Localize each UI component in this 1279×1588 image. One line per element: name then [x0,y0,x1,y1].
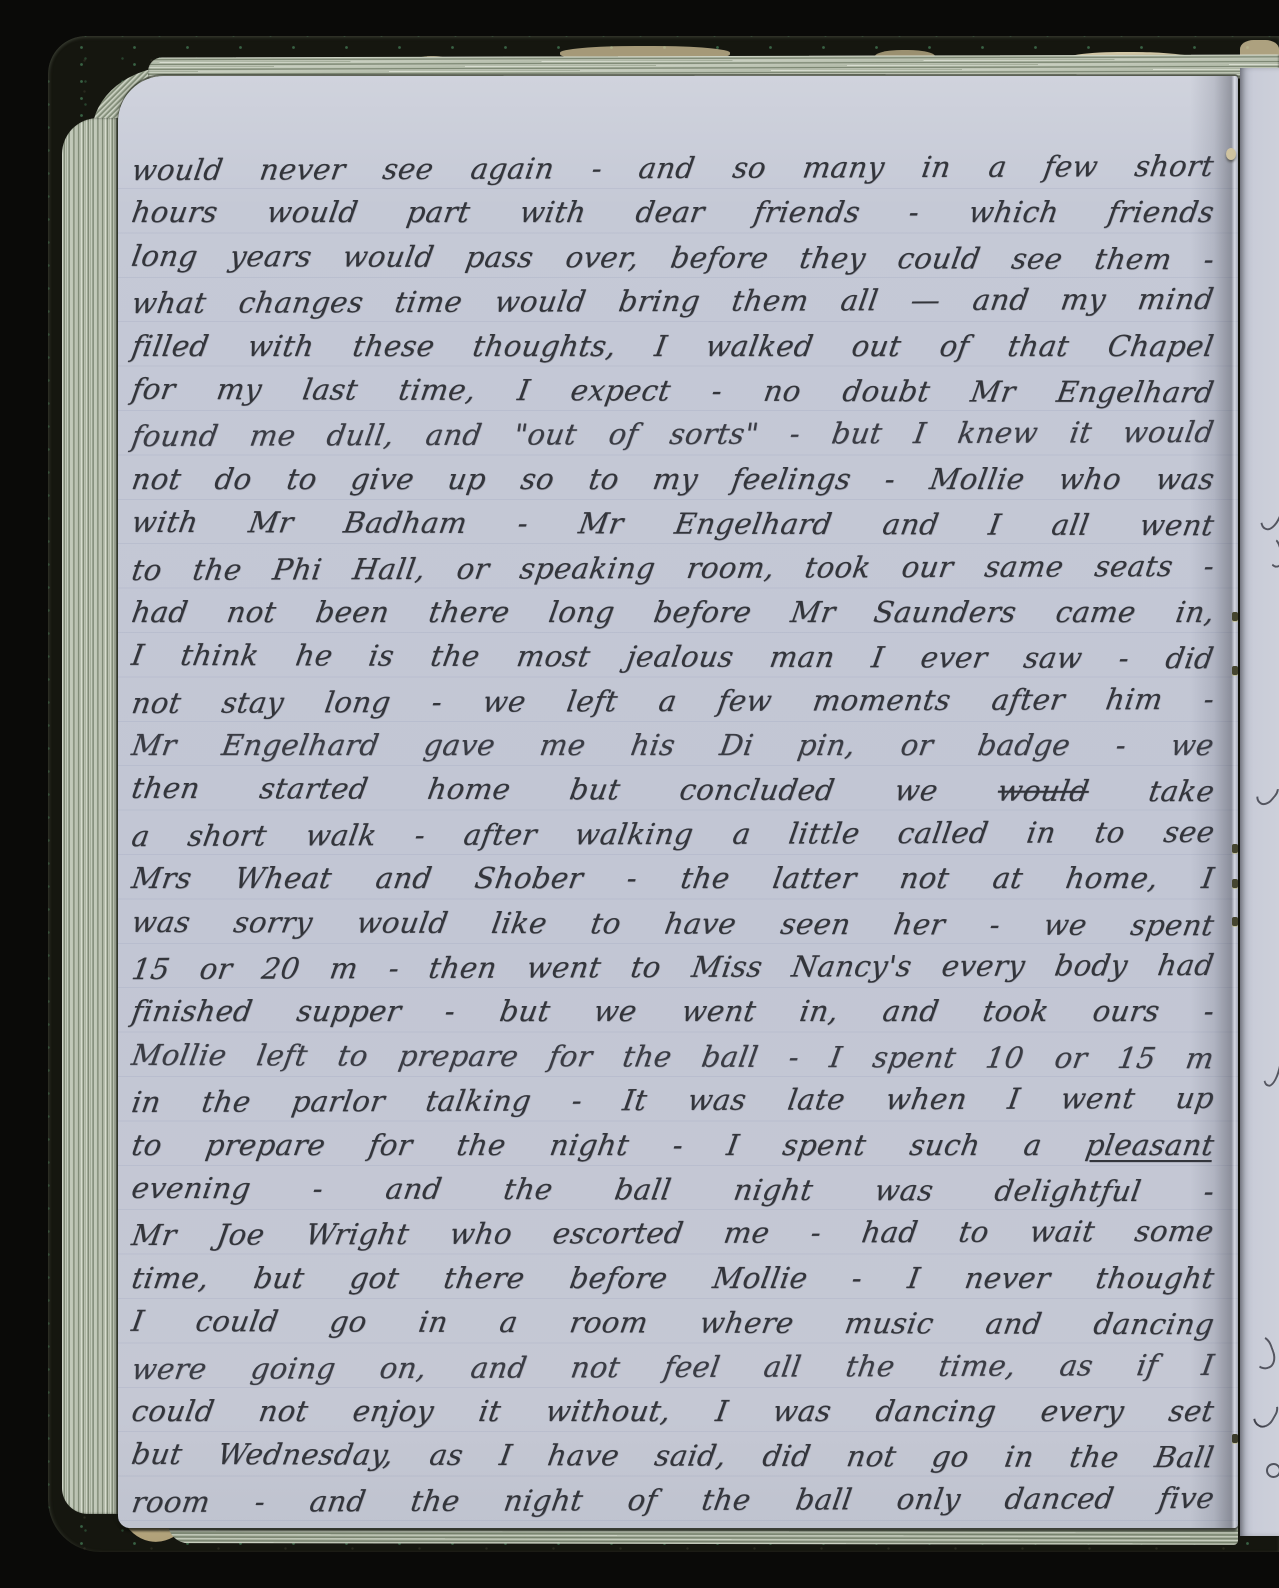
page-stack-edges-left [62,118,118,1514]
handwriting-line: evening-andtheballnightwasdelightful- [132,1166,1214,1214]
ink-fragment [1255,491,1279,534]
ink-fragment [1245,1333,1279,1373]
handwriting-line: formylasttime,Iexpect-nodoubtMrEngelhard [132,367,1214,415]
handwriting-line: couldnotenjoyitwithout,Iwasdancingeverys… [132,1389,1214,1433]
binding-stitch [1232,612,1238,621]
handwriting-line: intheparlortalking-ItwaslatewhenIwentup [132,1076,1214,1125]
binding-stitch [1232,1434,1238,1443]
ink-fragment [1259,1042,1279,1089]
handwriting-line: Mollielefttopreparefortheball-Ispent10or… [132,1033,1214,1081]
paper-damage-spot [1226,148,1236,160]
handwriting-line: 15or20m-thenwenttoMissNancy'severybodyha… [132,943,1214,992]
handwriting-line: time,butgottherebeforeMollie-Ineverthoug… [132,1256,1214,1300]
handwriting-line: withMrBadham-MrEngelhardandIallwent [132,500,1214,548]
handwriting-line: notstaylong-weleftafewmomentsafterhim- [132,677,1214,726]
handwriting-line: room-andthenightoftheballonlydancedfive [132,1476,1214,1525]
handwriting-line: hadnotbeentherelongbeforeMrSaunderscamei… [132,590,1214,634]
handwriting-line: IthinkheisthemostjealousmanIeversaw-did [132,633,1214,681]
handwriting-line: foundmedull,and"outofsorts"-butIknewitwo… [132,410,1214,459]
handwriting-text: wouldneverseeagain-andsomanyinafewshorth… [132,146,1214,1522]
handwriting-line: finishedsupper-butwewentin,andtookours- [132,989,1214,1033]
handwriting-line: MrsWheatandShober-thelatternotathome,I [132,856,1214,900]
handwriting-line: thenstartedhomebutconcludedwewouldtake [132,766,1214,814]
handwriting-line: weregoingon,andnotfeelallthetime,asifI [132,1342,1214,1391]
handwriting-line: whatchangestimewouldbringthemall—andmymi… [132,277,1214,326]
ink-fragment [1263,537,1279,570]
binding-stitch [1232,844,1238,853]
ink-fragment [1248,1395,1279,1432]
handwriting-line: wouldneverseeagain-andsomanyinafewshort [132,144,1214,193]
handwriting-line: Icouldgoinaroomwheremusicanddancing [132,1299,1214,1347]
binding-stitch [1232,917,1238,926]
handwriting-line: wassorrywouldliketohaveseenher-wespent [132,900,1214,948]
handwriting-line: filledwiththesethoughts,Iwalkedoutofthat… [132,324,1214,368]
handwriting-line: tothePhiHall,orspeakingroom,tookoursames… [132,543,1214,592]
handwriting-line: toprepareforthenight-Ispentsuchapleasant [132,1123,1214,1167]
handwriting-line: MrJoeWrightwhoescortedme-hadtowaitsome [132,1209,1214,1258]
handwriting-line: notdotogiveupsotomyfeelings-Molliewhowas [132,457,1214,501]
ink-fragment [1266,1463,1279,1478]
binding-stitch [1232,666,1238,675]
handwriting-line: MrEngelhardgavemehisDipin,orbadge-we [132,723,1214,767]
handwriting-line: ashortwalk-afterwalkingalittlecalledinto… [132,810,1214,859]
ink-fragment [1252,777,1279,808]
photo-background: wouldneverseeagain-andsomanyinafewshorth… [0,0,1279,1588]
handwriting-line: longyearswouldpassover,beforetheycouldse… [132,234,1214,282]
handwriting-line: hourswouldpartwithdearfriends-whichfrien… [132,190,1214,234]
diary-page: wouldneverseeagain-andsomanyinafewshorth… [118,76,1238,1528]
binding-stitch [1232,879,1238,888]
handwriting-line: butWednesday,asIhavesaid,didnotgointheBa… [132,1432,1214,1480]
facing-page-sliver [1240,68,1279,1536]
